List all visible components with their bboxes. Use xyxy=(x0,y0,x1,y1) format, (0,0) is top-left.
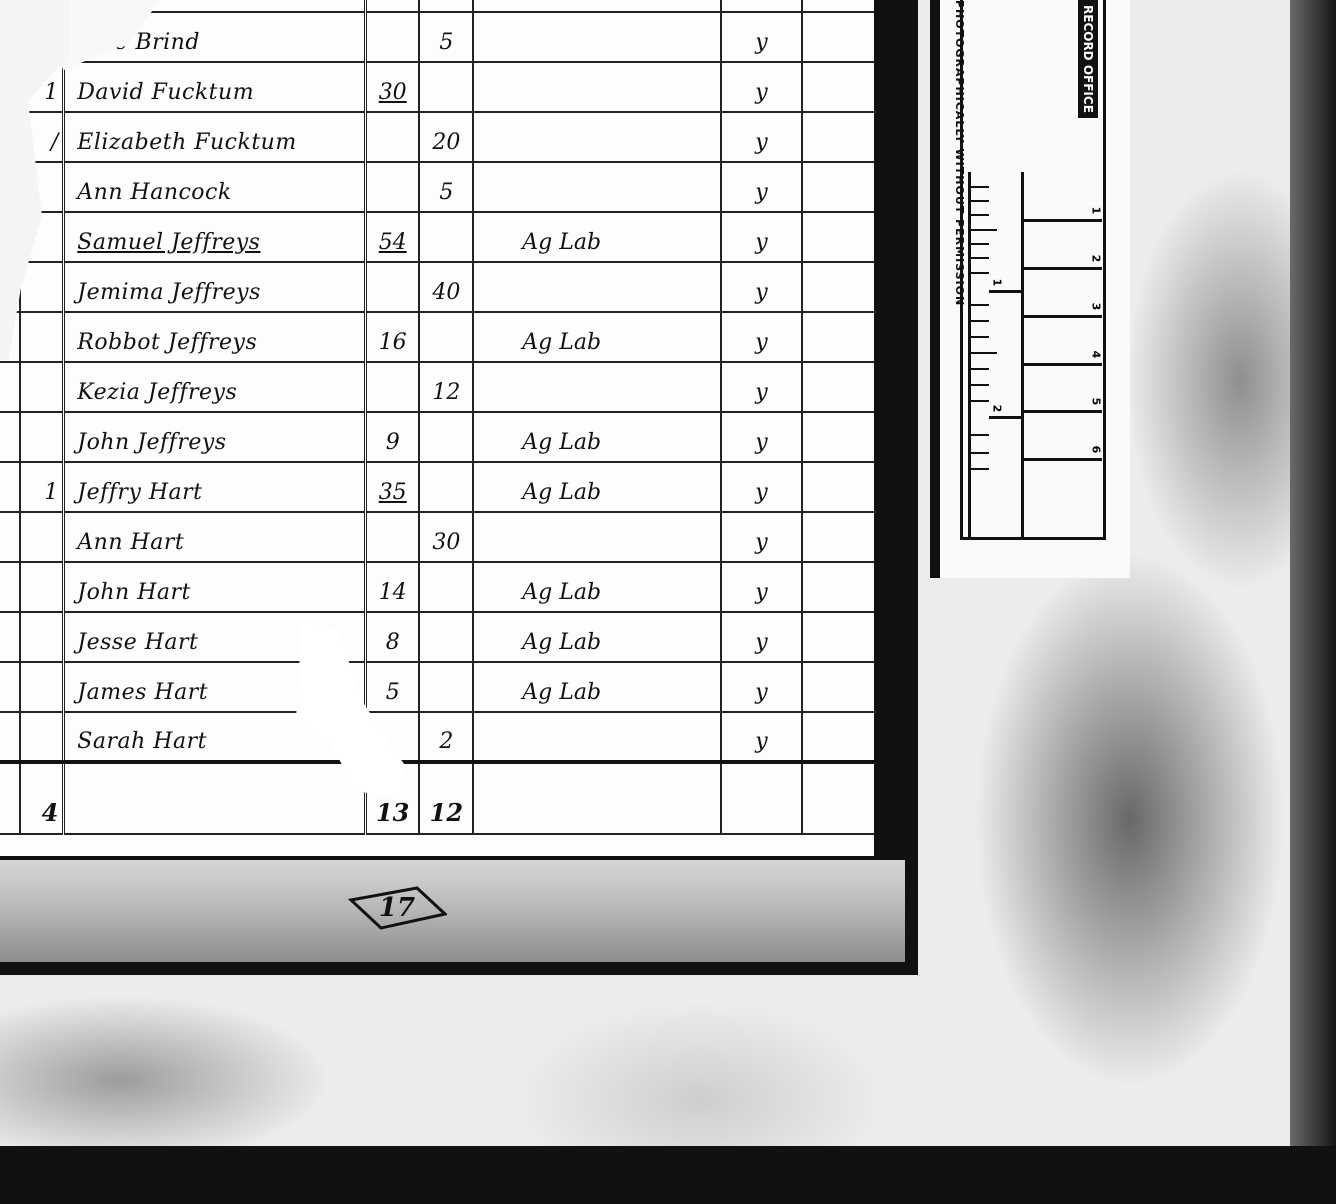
scale-tick xyxy=(971,320,989,322)
table-row: Jemima Jeffreys 40 y xyxy=(0,262,874,312)
inch-label: 1 xyxy=(990,279,1003,287)
female-age-cell xyxy=(419,562,473,612)
mark-cell: 1 xyxy=(20,462,64,512)
born-county-cell: y xyxy=(721,712,803,762)
scale-tick xyxy=(971,368,989,370)
name-cell: Jeffry Hart xyxy=(64,462,366,512)
occupation-cell: Ag Lab xyxy=(473,562,720,612)
scale-tick xyxy=(971,434,989,436)
female-age-cell: 20 xyxy=(419,112,473,162)
male-age-cell: 35 xyxy=(365,462,419,512)
female-age-cell xyxy=(419,62,473,112)
inch-line xyxy=(989,290,1021,293)
cm-label: 6 xyxy=(1090,446,1103,454)
female-age-cell xyxy=(419,412,473,462)
mark-cell xyxy=(20,412,64,462)
female-age-cell: 5 xyxy=(419,162,473,212)
female-age-cell xyxy=(419,662,473,712)
male-age-cell: 16 xyxy=(365,312,419,362)
occupation-cell xyxy=(473,12,720,62)
house-cell xyxy=(0,512,20,562)
table-row: Ann Hancock 5 y xyxy=(0,162,874,212)
male-age-cell: 9 xyxy=(365,412,419,462)
mark-cell xyxy=(20,612,64,662)
occupation-cell xyxy=(473,262,720,312)
mark-cell xyxy=(20,312,64,362)
female-age-cell: 5 xyxy=(419,12,473,62)
cm-label: 4 xyxy=(1090,351,1103,359)
folio-number-stamp: 17 xyxy=(347,884,447,932)
table-row: Jesse Hart 8 Ag Lab y xyxy=(0,612,874,662)
house-cell xyxy=(0,612,20,662)
male-age-cell xyxy=(365,112,419,162)
name-cell: Samuel Jeffreys xyxy=(64,212,366,262)
name-cell: John Jeffreys xyxy=(64,412,366,462)
totals-row: 4 13 12 xyxy=(0,762,874,834)
born-county-cell: y xyxy=(721,462,803,512)
folio-number: 17 xyxy=(379,893,415,923)
born-county-cell: y xyxy=(721,12,803,62)
table-row: John Jeffreys 9 Ag Lab y xyxy=(0,412,874,462)
cm-cell: 4 xyxy=(1024,318,1102,366)
table-row: 1 Jeffry Hart 35 Ag Lab y xyxy=(0,462,874,512)
male-age-cell: 30 xyxy=(365,62,419,112)
table-row: Robbot Jeffreys 16 Ag Lab y xyxy=(0,312,874,362)
mark-cell xyxy=(20,562,64,612)
scale-tick xyxy=(971,243,989,245)
female-age-cell: 30 xyxy=(419,512,473,562)
scale-tick xyxy=(971,186,989,188)
totals-name-blank xyxy=(64,762,366,834)
occupation-cell: Ag Lab xyxy=(473,662,720,712)
male-age-cell xyxy=(365,512,419,562)
female-age-cell: 12 xyxy=(419,362,473,412)
male-age-cell xyxy=(365,162,419,212)
census-page: ...ne Brind 5 y 1 David Fucktum 30 y xyxy=(0,0,918,975)
born-elsewhere-cell xyxy=(802,562,874,612)
female-age-cell xyxy=(419,612,473,662)
scale-tick xyxy=(971,468,989,470)
born-elsewhere-cell xyxy=(802,312,874,362)
female-age-cell xyxy=(419,312,473,362)
table-row: Sarah Hart 2 y xyxy=(0,712,874,762)
occupation-cell xyxy=(473,162,720,212)
house-cell xyxy=(0,662,20,712)
born-county-cell: y xyxy=(721,262,803,312)
scale-tick xyxy=(971,304,989,306)
table-row: John Hart 14 Ag Lab y xyxy=(0,562,874,612)
born-elsewhere-cell xyxy=(802,612,874,662)
born-elsewhere-cell xyxy=(802,462,874,512)
permission-notice: PHOTOGRAPHICALLY WITHOUT PERMISSION xyxy=(944,0,966,540)
scale-tick xyxy=(971,352,997,354)
scale-tick xyxy=(971,452,989,454)
cm-label: 1 xyxy=(1090,207,1103,215)
male-age-cell: 14 xyxy=(365,562,419,612)
totals-born-blank xyxy=(721,762,803,834)
born-county-cell: y xyxy=(721,312,803,362)
house-cell xyxy=(0,562,20,612)
occupation-cell xyxy=(473,62,720,112)
born-elsewhere-cell xyxy=(802,162,874,212)
male-age-cell xyxy=(365,362,419,412)
occupation-cell: Ag Lab xyxy=(473,462,720,512)
record-office-scale-card: PHOTOGRAPHICALLY WITHOUT PERMISSION RECO… xyxy=(930,0,1130,578)
cm-label: 3 xyxy=(1090,303,1103,311)
name-cell: Jemima Jeffreys xyxy=(64,262,366,312)
occupation-cell xyxy=(473,362,720,412)
mark-cell xyxy=(20,662,64,712)
born-elsewhere-cell xyxy=(802,212,874,262)
total-houses-cell: 4 xyxy=(20,762,64,834)
born-county-cell: y xyxy=(721,62,803,112)
scale-tick xyxy=(971,257,989,259)
scale-tick xyxy=(971,400,989,402)
name-cell: Robbot Jeffreys xyxy=(64,312,366,362)
scale-tick xyxy=(971,214,989,216)
born-county-cell: y xyxy=(721,412,803,462)
name-cell: Ann Hancock xyxy=(64,162,366,212)
name-cell: Ann Hart xyxy=(64,512,366,562)
census-sheet: ...ne Brind 5 y 1 David Fucktum 30 y xyxy=(0,0,880,860)
scale-tick xyxy=(971,272,989,274)
scale-tick xyxy=(971,229,997,231)
born-elsewhere-cell xyxy=(802,512,874,562)
house-cell xyxy=(0,362,20,412)
scan-right-edge xyxy=(1290,0,1336,1146)
cm-label: 5 xyxy=(1090,398,1103,406)
born-elsewhere-cell xyxy=(802,112,874,162)
scan-bottom-edge xyxy=(0,1146,1336,1204)
female-age-cell: 40 xyxy=(419,262,473,312)
scale-tick xyxy=(971,384,989,386)
mark-cell xyxy=(20,512,64,562)
born-elsewhere-cell xyxy=(802,662,874,712)
cm-scale: 1 2 3 4 5 6 xyxy=(1024,172,1106,540)
totals-elsewhere-blank xyxy=(802,762,874,834)
house-cell xyxy=(0,712,20,762)
cm-cell: 3 xyxy=(1024,270,1102,318)
table-row: / Elizabeth Fucktum 20 y xyxy=(0,112,874,162)
born-elsewhere-cell xyxy=(802,262,874,312)
male-age-cell: 54 xyxy=(365,212,419,262)
table-row: Ann Hart 30 y xyxy=(0,512,874,562)
inch-label: 2 xyxy=(990,405,1003,413)
born-elsewhere-cell xyxy=(802,412,874,462)
name-cell: David Fucktum xyxy=(64,62,366,112)
born-county-cell: y xyxy=(721,612,803,662)
male-age-cell xyxy=(365,12,419,62)
name-cell: Kezia Jeffreys xyxy=(64,362,366,412)
inch-scale: 1 2 xyxy=(968,172,1024,540)
inch-line xyxy=(989,416,1021,419)
scale-tick xyxy=(971,336,989,338)
cm-cell: 6 xyxy=(1024,413,1102,461)
born-elsewhere-cell xyxy=(802,12,874,62)
cm-cell: 5 xyxy=(1024,366,1102,413)
census-table: ...ne Brind 5 y 1 David Fucktum 30 y xyxy=(0,0,874,835)
name-cell: Elizabeth Fucktum xyxy=(64,112,366,162)
born-county-cell: y xyxy=(721,362,803,412)
female-age-cell xyxy=(419,212,473,262)
born-county-cell: y xyxy=(721,212,803,262)
cm-cell: 2 xyxy=(1024,222,1102,270)
occupation-cell xyxy=(473,712,720,762)
occupation-cell xyxy=(473,112,720,162)
table-row: Kezia Jeffreys 12 y xyxy=(0,362,874,412)
born-county-cell: y xyxy=(721,562,803,612)
female-age-cell: 2 xyxy=(419,712,473,762)
page-bottom-margin xyxy=(0,860,905,962)
occupation-cell xyxy=(473,512,720,562)
mark-cell xyxy=(20,712,64,762)
born-county-cell: y xyxy=(721,112,803,162)
male-age-cell: 8 xyxy=(365,612,419,662)
born-elsewhere-cell xyxy=(802,62,874,112)
record-office-label: RECORD OFFICE xyxy=(1078,0,1098,118)
table-row: James Hart 5 Ag Lab y xyxy=(0,662,874,712)
totals-spacer xyxy=(0,762,20,834)
house-cell xyxy=(0,412,20,462)
born-elsewhere-cell xyxy=(802,362,874,412)
table-row: 1 David Fucktum 30 y xyxy=(0,62,874,112)
table-row: Samuel Jeffreys 54 Ag Lab y xyxy=(0,212,874,262)
house-cell xyxy=(0,462,20,512)
cm-label: 2 xyxy=(1090,255,1103,263)
occupation-cell: Ag Lab xyxy=(473,412,720,462)
occupation-cell: Ag Lab xyxy=(473,612,720,662)
born-county-cell: y xyxy=(721,162,803,212)
male-age-cell xyxy=(365,262,419,312)
cm-cell: 1 xyxy=(1024,172,1102,222)
born-county-cell: y xyxy=(721,662,803,712)
born-elsewhere-cell xyxy=(802,712,874,762)
totals-occupation-blank xyxy=(473,762,720,834)
mark-cell xyxy=(20,262,64,312)
name-cell: John Hart xyxy=(64,562,366,612)
born-county-cell: y xyxy=(721,512,803,562)
occupation-cell: Ag Lab xyxy=(473,312,720,362)
female-age-cell xyxy=(419,462,473,512)
male-age-cell: 5 xyxy=(365,662,419,712)
scale-tick xyxy=(971,200,989,202)
occupation-cell: Ag Lab xyxy=(473,212,720,262)
total-females-cell: 12 xyxy=(419,762,473,834)
mark-cell xyxy=(20,362,64,412)
